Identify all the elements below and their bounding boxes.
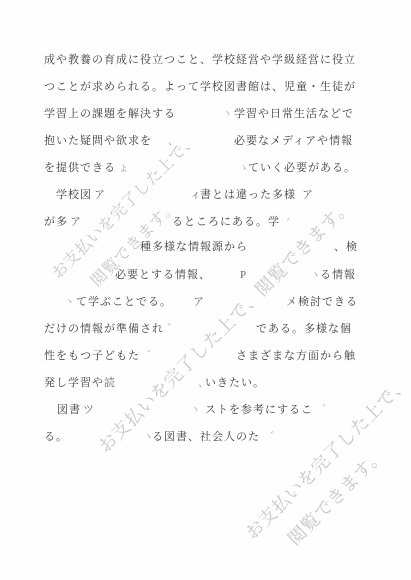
text-segment: る図書、社会人のた [152, 430, 260, 444]
text-segment: 学校図 [56, 188, 92, 202]
text-segment: ヽ [222, 107, 234, 121]
text-segment: である。多様な個 [256, 322, 352, 336]
text-segment: ヽ [190, 403, 202, 417]
text-segment: ツ [83, 403, 95, 417]
text-segment: 、検 [334, 240, 358, 254]
text-segment: 学習や日常生活などで [234, 107, 354, 121]
text-segment: を提供できる [44, 161, 116, 175]
text-segment: 学習上の課題を解決する [44, 107, 176, 121]
text-segment: メ [286, 295, 298, 309]
text-segment: ア [302, 188, 314, 202]
text-segment: Ρ [240, 268, 247, 282]
text-segment: る情報 [320, 268, 356, 282]
text-segment: ゛ [270, 430, 282, 444]
text-segment: ゛ [147, 349, 159, 363]
text-segment: 必要なメディアや情報 [234, 134, 353, 148]
text-segment: て学ぶことでる。 [76, 295, 172, 309]
text-segment: ア [94, 188, 106, 202]
text-segment: 性をもつ子どもた [44, 349, 140, 363]
text-segment: ア [70, 215, 82, 229]
text-segment: 図書 [57, 403, 81, 417]
text-segment: つことが求められる。よって学校図書館は、児童・生徒が [44, 80, 356, 94]
text-segment: 検討できる [298, 295, 358, 309]
text-segment: 成や教養の育成に役立つこと、学校経営や学級経営に役立 [44, 53, 356, 67]
text-segment: ア [193, 295, 205, 309]
text-segment: さまざまな方面から触 [236, 349, 356, 363]
text-segment: 抱いた疑問や欲求を [44, 134, 152, 148]
text-segment: ていく必要がある。 [248, 161, 356, 175]
text-segment: ょ [118, 161, 130, 175]
text-segment: だけの情報が準備され [44, 322, 164, 336]
text-segment: が多 [44, 215, 68, 229]
text-segment: ヽ [64, 295, 76, 309]
text-segment: ゛ [167, 322, 179, 336]
text-segment: 発し学習や [44, 376, 104, 390]
text-segment: るところにある。学 [172, 215, 280, 229]
text-segment: いきたい。 [205, 376, 265, 390]
text-segment: 読 [104, 376, 116, 390]
text-segment: 書とは違った多様 [200, 188, 296, 202]
text-segment: ストを参考にするこ [205, 403, 313, 417]
document-page: 成や教養の育成に役立つこと、学校経営や学級経営に役立つことが求められる。よって学… [0, 0, 411, 580]
text-segment: る。 [44, 430, 68, 444]
text-segment: 必要とする情報、 [115, 268, 211, 282]
payment-watermark: お支払いを完了した上で、閲覧できます。 [237, 362, 411, 573]
text-segment: ゛ [322, 403, 334, 417]
text-segment: ′ [287, 215, 290, 229]
text-segment: 種多様な情報源から [140, 240, 248, 254]
text-segment: 、 [168, 134, 180, 148]
